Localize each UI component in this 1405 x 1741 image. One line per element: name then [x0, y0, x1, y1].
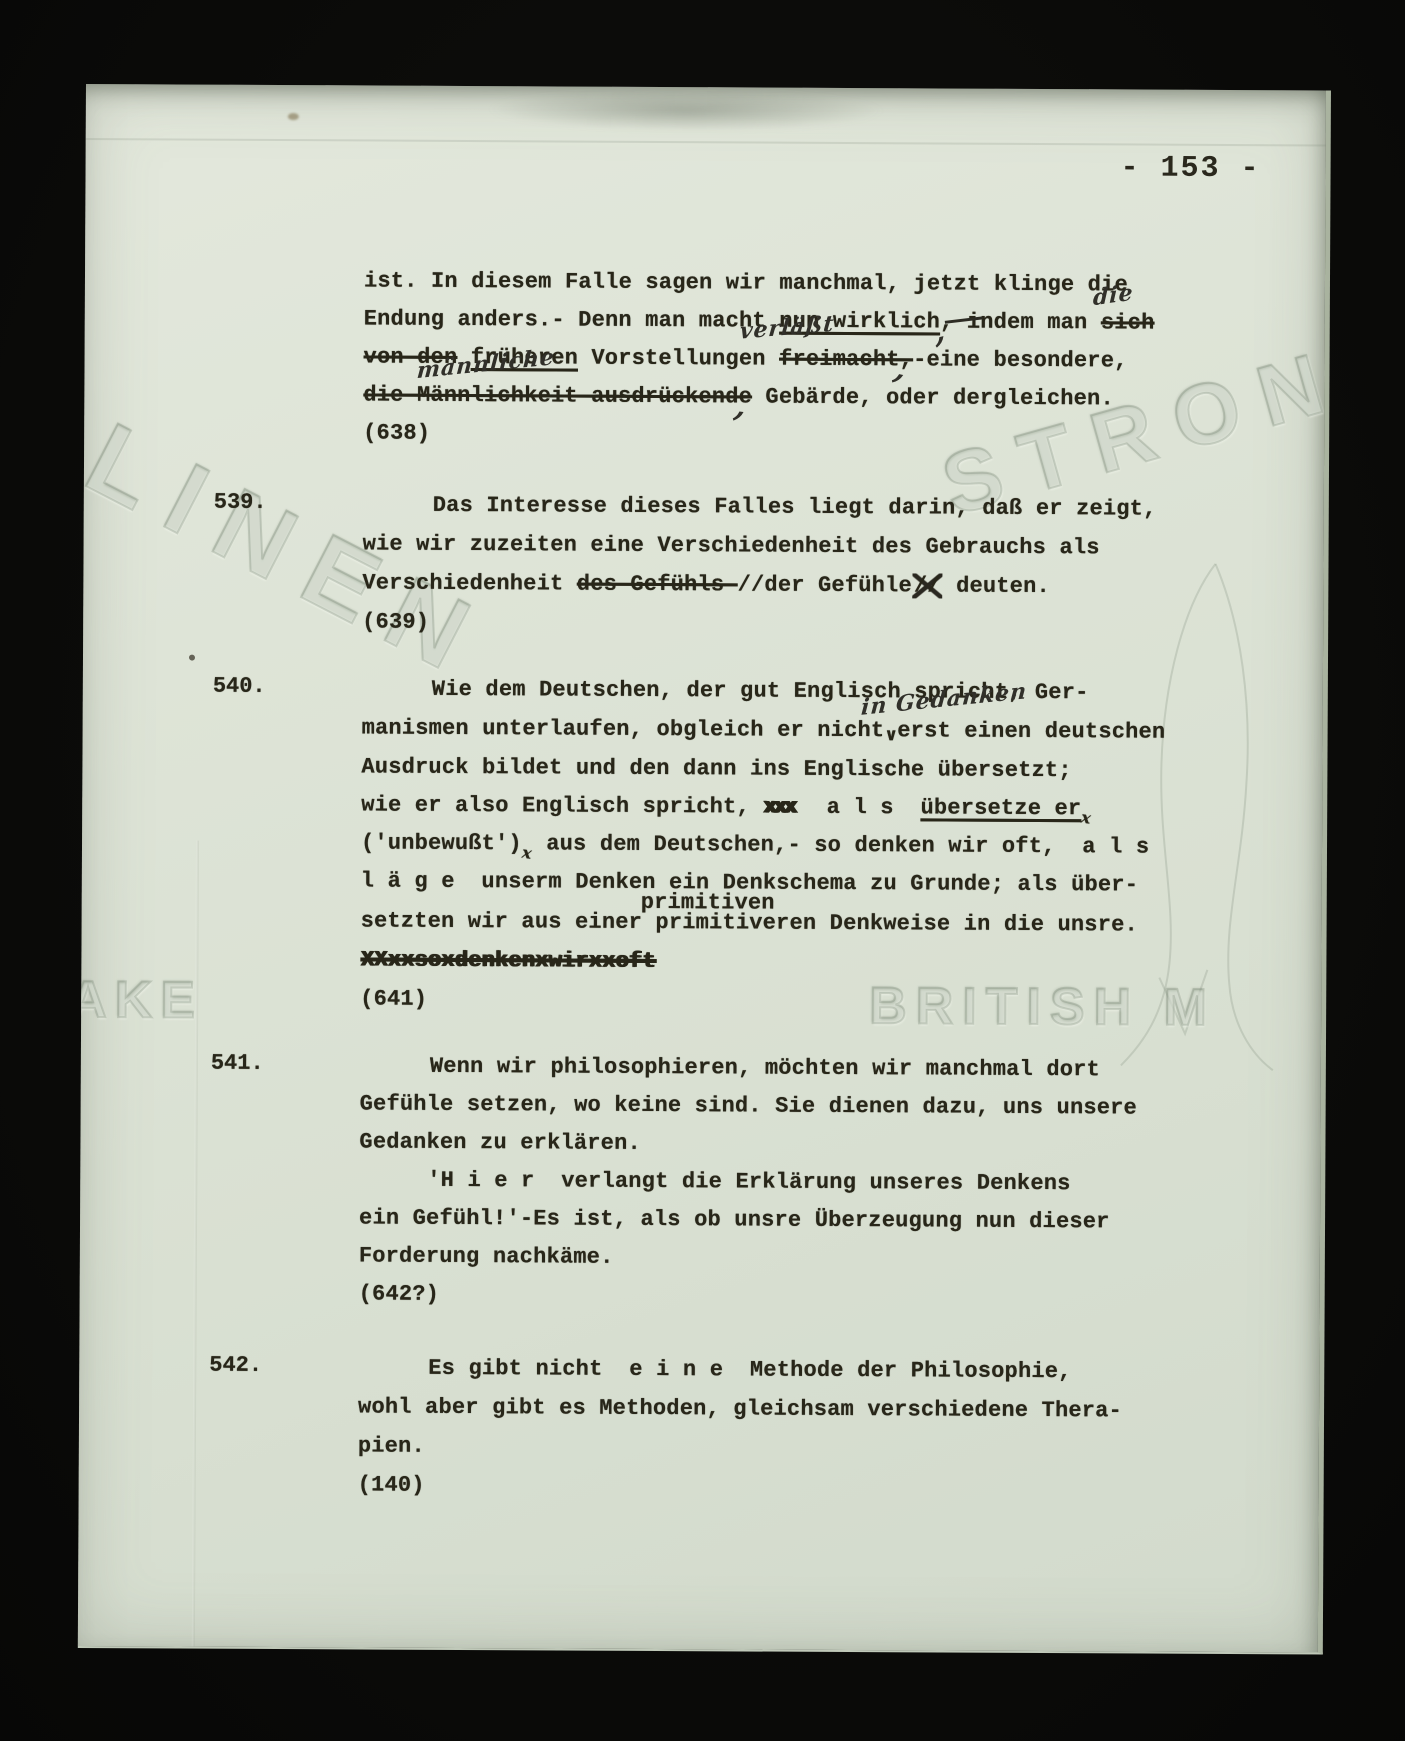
typed-text: //der Gefühle [738, 572, 912, 598]
watermark-text: BRITISH M [869, 976, 1216, 1038]
typed-text: Verschiedenheit [362, 570, 577, 596]
typed-text: Wenn wir philosophieren, möchten wir man… [430, 1054, 1100, 1083]
typed-text: wohl aber gibt es Methoden, gleichsam ve… [358, 1394, 1122, 1423]
watermark-text: AKE [78, 970, 203, 1031]
typed-text: Ausdruck bildet und den dann ins Englisc… [361, 754, 1071, 783]
typed-text: erst einen deutschen [897, 718, 1165, 744]
typed-text: -eine besondere, [913, 347, 1128, 373]
typescript-line: wie er also Englisch spricht, xxx a l s … [361, 790, 1092, 824]
page-number: - 153 - [1120, 151, 1260, 186]
typescript-line: (638) [363, 418, 430, 448]
typescript-line: Gefühle setzen, wo keine sind. Sie diene… [360, 1089, 1137, 1123]
typescript-line: ('unbewußt')x aus dem Deutschen,- so den… [361, 828, 1149, 862]
typed-text: (638) [363, 420, 430, 445]
typed-text: Gebärde, oder dergleichen. [752, 384, 1114, 411]
typed-text: setzten wir aus einer primitiveren Denkw… [361, 908, 1138, 937]
document-page: - 153 - LINENSTRONGAKEBRITISH Mist. In d… [78, 84, 1331, 1654]
typed-text: (140) [358, 1472, 425, 1497]
typescript-line: pien. [358, 1431, 425, 1461]
section-number: 541. [211, 1051, 264, 1076]
typed-text: Das Interesse dieses Falles liegt darin,… [433, 493, 1157, 522]
typescript-line: setzten wir aus einer primitiveren Denkw… [361, 906, 1138, 940]
typed-text: Vorstellungen [578, 346, 779, 372]
section-number: 540. [213, 674, 266, 699]
caret-mark: ∨ [884, 720, 897, 750]
typed-text: wie wir zuzeiten eine Verschiedenheit de… [363, 531, 1100, 560]
typescript-line: wohl aber gibt es Methoden, gleichsam ve… [358, 1392, 1122, 1426]
typed-text: aus dem Deutschen,- so denken wir oft, a… [533, 831, 1150, 859]
typescript-line: ein Gefühl!'-Es ist, als ob unsre Überze… [359, 1203, 1110, 1237]
typed-text: ('unbewußt') [361, 830, 522, 856]
struck-text: des Gefühls [577, 572, 738, 598]
handwritten-annotation: , [934, 321, 945, 344]
typescript-line: Gedanken zu erklären. [359, 1127, 641, 1158]
underlined-text: übersetze er [920, 795, 1081, 821]
typescript-line: Forderung nachkäme. [359, 1241, 614, 1272]
typescript-line: (642?) [359, 1279, 440, 1309]
paper-stain [288, 113, 299, 120]
typed-text: (642?) [359, 1281, 440, 1306]
typescript-line: wie wir zuzeiten eine Verschiedenheit de… [363, 529, 1100, 563]
ink-speck [189, 655, 195, 661]
typed-text: wie er also Englisch spricht, [361, 792, 763, 819]
section-number: 539. [214, 490, 267, 515]
struck-text: die Männlichkeit ausdrückende [363, 382, 752, 409]
struck-text: freimacht, [779, 347, 913, 373]
typed-text: Gefühle setzen, wo keine sind. Sie diene… [360, 1091, 1137, 1120]
typed-text: (641) [360, 986, 427, 1011]
typed-text: Gedanken zu erklären. [359, 1129, 641, 1155]
overtyped-struck-line: XXxxsoxdenkenxwirxxoft [360, 947, 655, 974]
typed-text: ein Gefühl!'-Es ist, als ob unsre Überze… [359, 1205, 1110, 1234]
typescript-line: XXxxsoxdenkenxwirxxoft [360, 945, 655, 977]
typescript-line: Verschiedenheit des Gefühls //der Gefühl… [362, 568, 1050, 602]
typed-text: 'H i e r verlangt die Erklärung unseres … [427, 1168, 1070, 1196]
handwritten-annotation: die [1093, 279, 1134, 311]
paper-crease [86, 138, 1326, 146]
typescript-line: manismen unterlaufen, obgleich er nicht∨… [362, 713, 1166, 747]
typescript-line: Das Interesse dieses Falles liegt darin,… [433, 491, 1157, 525]
struck-text: sich [1101, 310, 1155, 335]
scanner-background: - 153 - LINENSTRONGAKEBRITISH Mist. In d… [0, 0, 1405, 1741]
typescript-line: (140) [358, 1470, 425, 1500]
typescript-line: ist. In diesem Falle sagen wir manchmal,… [364, 266, 1128, 300]
typed-text: Endung anders.- Denn man macht [364, 306, 780, 333]
typed-text: deuten. [943, 573, 1050, 599]
typed-text: pien. [358, 1433, 425, 1458]
typescript-line: Ausdruck bildet und den dann ins Englisc… [361, 752, 1071, 786]
typescript-line: Wenn wir philosophieren, möchten wir man… [430, 1052, 1100, 1086]
typed-text: (639) [362, 609, 429, 634]
typed-text: Forderung nachkäme. [359, 1243, 614, 1269]
paper-smudge [486, 88, 886, 132]
typed-text: a l s [800, 795, 921, 821]
typescript-line: 'H i e r verlangt die Erklärung unseres … [427, 1166, 1070, 1199]
typescript-line: (641) [360, 984, 427, 1014]
typescript-line: (639) [362, 607, 429, 637]
typed-text: ist. In diesem Falle sagen wir manchmal,… [364, 268, 1128, 297]
section-number: 542. [209, 1353, 262, 1378]
typed-text: , indem man [940, 309, 1101, 335]
crossed-slashes: // [912, 573, 943, 598]
typed-text: Es gibt nicht e i n e Methode der Philos… [428, 1356, 1071, 1384]
paper-crease [192, 841, 199, 1647]
typed-text: manismen unterlaufen, obgleich er nicht [362, 715, 885, 743]
typescript-line: Es gibt nicht e i n e Methode der Philos… [428, 1354, 1071, 1387]
overtyped-text: xxx [763, 795, 800, 820]
